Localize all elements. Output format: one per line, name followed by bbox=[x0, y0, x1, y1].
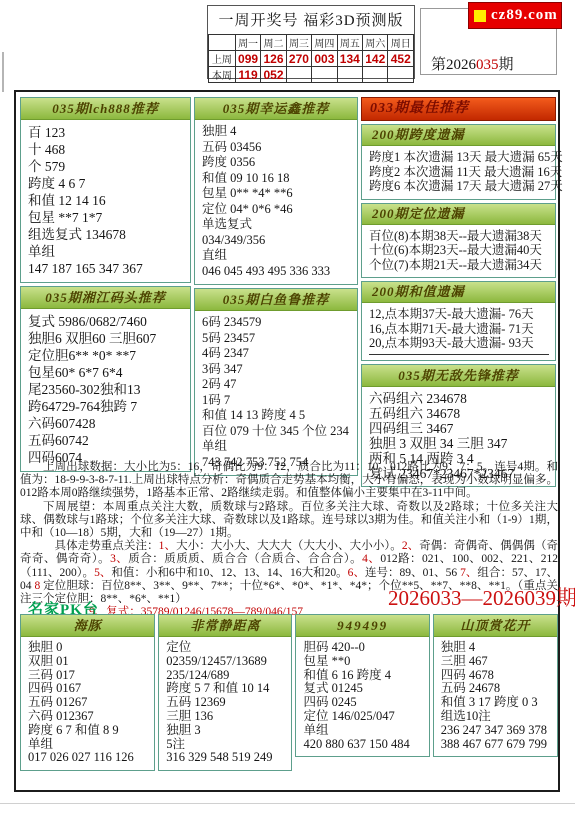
prediction-line: 独胆 4 bbox=[441, 641, 551, 655]
prediction-line: 跨度 4 6 7 bbox=[28, 175, 184, 192]
page-title: 一周开奖号 福彩3D预测版 bbox=[208, 6, 414, 30]
column-left: 035期lch888推荐 百 123十 468个 579跨度 4 6 7和值 1… bbox=[20, 97, 191, 472]
position-miss-body: 百位(8)本期38天--最大遗漏38天十位(6)本期23天--最大遗漏40天个位… bbox=[362, 225, 555, 278]
prediction-line: 独胆 3 双胆 34 三胆 347 bbox=[369, 436, 549, 451]
issue-suffix: 期 bbox=[499, 57, 514, 73]
box-body-xiangjiang: 复式 5986/0682/7460独胆6 双胆60 三胆607定位胆6** *0… bbox=[21, 309, 190, 471]
analysis-segment: 7、 bbox=[460, 567, 477, 579]
prediction-line: 6码 234579 bbox=[202, 315, 351, 331]
analysis-segment: 和值：小和6中和10、12、13、14、16大和20。 bbox=[111, 567, 347, 579]
draw-number-cell: 003 bbox=[312, 51, 337, 67]
prediction-line: 跨64729-764独跨 7 bbox=[28, 398, 184, 415]
draw-number-cell: 134 bbox=[337, 51, 362, 67]
prediction-line: 三胆 136 bbox=[166, 710, 285, 724]
draw-number-cell: 452 bbox=[388, 51, 414, 67]
prediction-line: 316 329 548 519 249 bbox=[166, 751, 285, 765]
logo-text: cz89.com bbox=[491, 7, 558, 24]
prediction-line: 5码 23457 bbox=[202, 331, 351, 347]
prediction-line: 5注 bbox=[166, 738, 285, 752]
analysis-paragraph-outlook: 下周展望：本周重点关注大数，质数球与2路球。百位多关注大球、奇数以及2路球；十位… bbox=[20, 501, 558, 541]
sum-miss-box: 200期和值遗漏 12,点本期37天-最大遗漏- 76天16,点本期71天-最大… bbox=[361, 281, 556, 361]
prediction-line: 定位 bbox=[166, 641, 285, 655]
analysis-segment: 2、 bbox=[402, 540, 419, 552]
draw-number-cell bbox=[312, 67, 337, 83]
weekday-header: 周二 bbox=[261, 35, 286, 51]
prediction-line: 六码 012367 bbox=[28, 710, 148, 724]
prediction-box-baiyu: 035期白鱼鲁推荐 6码 2345795码 234574码 23473码 347… bbox=[194, 288, 358, 476]
weekday-header: 周日 bbox=[388, 35, 414, 51]
prediction-line: 百 123 bbox=[28, 124, 184, 141]
prediction-line: 单组 bbox=[303, 724, 422, 738]
prediction-line: 包星60* 6*7 6*4 bbox=[28, 364, 184, 381]
this-week-label: 本周 bbox=[209, 67, 236, 83]
expert-title-949499: 949499 bbox=[296, 615, 428, 637]
expert-title-shanding: 山顶赏花开 bbox=[434, 615, 557, 637]
prediction-line: 包星 **7 1*7 bbox=[28, 209, 184, 226]
prediction-line: 五码 03456 bbox=[202, 140, 351, 156]
logo-yellow-square-icon bbox=[474, 10, 486, 22]
miss-stat-line: 16,点本期71天-最大遗漏- 71天 bbox=[369, 322, 549, 337]
prediction-line: 四码 4678 bbox=[441, 669, 551, 683]
prediction-line: 236 247 347 369 378 bbox=[441, 724, 551, 738]
week-header-row: 周一周二周三周四周五周六周日 bbox=[209, 35, 414, 51]
prediction-line: 百位 079 十位 345 个位 234 bbox=[202, 424, 351, 440]
prediction-line: 独胆 3 bbox=[166, 724, 285, 738]
prediction-box-xingyunxin: 035期幸运鑫推荐 独胆 4五码 03456跨度 0356和值 09 10 16… bbox=[194, 97, 358, 285]
last-week-row: 上周 099126270003134142452 bbox=[209, 51, 414, 67]
weekly-results-panel: 一周开奖号 福彩3D预测版 周一周二周三周四周五周六周日 上周 09912627… bbox=[207, 5, 415, 79]
analysis-segment: 1、 bbox=[159, 540, 176, 552]
weekly-results-table: 周一周二周三周四周五周六周日 上周 099126270003134142452 … bbox=[208, 34, 414, 83]
prediction-line: 单组 bbox=[202, 439, 351, 455]
span-miss-box: 200期跨度遗漏 跨度1 本次遗漏 13天 最大遗漏 65天跨度2 本次遗漏 1… bbox=[361, 124, 556, 200]
cz89-logo[interactable]: cz89.com bbox=[468, 2, 562, 29]
expert-box-shanding: 山顶赏花开 独胆 4三胆 467四码 4678五码 24678和值 3 17 跨… bbox=[433, 614, 558, 757]
box-body-baiyu: 6码 2345795码 234574码 23473码 3472码 471码 7和… bbox=[195, 311, 357, 475]
span-miss-title: 200期跨度遗漏 bbox=[362, 125, 555, 146]
draw-number-cell bbox=[363, 67, 388, 83]
prediction-line: 034/349/356 bbox=[202, 233, 351, 249]
box-title-wudi: 035期无敌先锋推荐 bbox=[362, 365, 555, 387]
prediction-line: 组选10注 bbox=[441, 710, 551, 724]
analysis-segment: 具体走势重点关注： bbox=[55, 540, 159, 552]
miss-stat-line: 12,点本期37天-最大遗漏- 76天 bbox=[369, 307, 549, 322]
prediction-line: 和值 14 13 跨度 4 5 bbox=[202, 408, 351, 424]
prediction-line: 和值 3 17 跨度 0 3 bbox=[441, 696, 551, 710]
prediction-line: 和值 12 14 16 bbox=[28, 192, 184, 209]
prediction-box-xiangjiang: 035期湘江码头推荐 复式 5986/0682/7460独胆6 双胆60 三胆6… bbox=[20, 286, 191, 472]
draw-number-cell: 270 bbox=[286, 51, 311, 67]
prediction-line: 包星 **0 bbox=[303, 655, 422, 669]
prediction-line: 四码 0167 bbox=[28, 682, 148, 696]
issue-range: 2026033—2026039期 bbox=[388, 582, 575, 612]
miss-stat-line: 个位(7)本期21天--最大遗漏34天 bbox=[369, 258, 549, 273]
draw-number-cell bbox=[388, 67, 414, 83]
expert-box-haitun: 海豚 独胆 0双胆 01三码 017四码 0167五码 01267六码 0123… bbox=[20, 614, 155, 771]
prediction-line: 包星 0** *4* **6 bbox=[202, 186, 351, 202]
prediction-line: 1码 7 bbox=[202, 393, 351, 409]
prediction-line: 五码组六 34678 bbox=[369, 406, 549, 421]
prediction-line: 046 045 493 495 336 333 bbox=[202, 264, 351, 280]
miss-stat-line: 百位(8)本期38天--最大遗漏38天 bbox=[369, 229, 549, 244]
sum-miss-body: 12,点本期37天-最大遗漏- 76天16,点本期71天-最大遗漏- 71天20… bbox=[362, 303, 555, 360]
span-miss-body: 跨度1 本次遗漏 13天 最大遗漏 65天跨度2 本次遗漏 11天 最大遗漏 1… bbox=[362, 146, 555, 199]
draw-number-cell bbox=[337, 67, 362, 83]
prediction-line: 四码 0245 bbox=[303, 696, 422, 710]
this-week-row: 本周 119052 bbox=[209, 67, 414, 83]
column-middle: 035期幸运鑫推荐 独胆 4五码 03456跨度 0356和值 09 10 16… bbox=[194, 97, 358, 476]
draw-number-cell: 119 bbox=[235, 67, 260, 83]
prediction-line: 02359/12457/13689 bbox=[166, 655, 285, 669]
analysis-segment: 3、 bbox=[110, 553, 128, 565]
column-right: 033期最佳推荐 200期跨度遗漏 跨度1 本次遗漏 13天 最大遗漏 65天跨… bbox=[361, 97, 556, 487]
prediction-line: 定位 04* 0*6 *46 bbox=[202, 202, 351, 218]
expert-title-haitun: 海豚 bbox=[21, 615, 154, 637]
draw-number-cell: 052 bbox=[261, 67, 286, 83]
corner-cell bbox=[209, 35, 236, 51]
box-title-baiyu: 035期白鱼鲁推荐 bbox=[195, 289, 357, 311]
expert-title-feichang: 非常静距离 bbox=[159, 615, 291, 637]
weekday-header: 周五 bbox=[337, 35, 362, 51]
weekday-header: 周四 bbox=[312, 35, 337, 51]
prediction-line: 3码 347 bbox=[202, 362, 351, 378]
miss-stat-line: 20,点本期93天-最大遗漏- 93天 bbox=[369, 336, 549, 351]
prediction-line: 三码 017 bbox=[28, 669, 148, 683]
prediction-line: 420 880 637 150 484 bbox=[303, 738, 422, 752]
prediction-line: 十 468 bbox=[28, 141, 184, 158]
prediction-line: 个 579 bbox=[28, 158, 184, 175]
prediction-line: 和值 09 10 16 18 bbox=[202, 171, 351, 187]
prediction-line: 单选复式 bbox=[202, 217, 351, 233]
prediction-line: 388 467 677 679 799 bbox=[441, 738, 551, 752]
draw-number-cell: 126 bbox=[261, 51, 286, 67]
prediction-line: 六码组六 234678 bbox=[369, 391, 549, 406]
box-title-xiangjiang: 035期湘江码头推荐 bbox=[21, 287, 190, 309]
prediction-line: 尾23560-302独和13 bbox=[28, 381, 184, 398]
box-body-xingyunxin: 独胆 4五码 03456跨度 0356和值 09 10 16 18包星 0** … bbox=[195, 120, 357, 284]
footer-divider bbox=[0, 803, 575, 804]
prediction-line: 4码 2347 bbox=[202, 346, 351, 362]
box-title-xingyunxin: 035期幸运鑫推荐 bbox=[195, 98, 357, 120]
prediction-line: 五码60742 bbox=[28, 432, 184, 449]
draw-number-cell bbox=[286, 67, 311, 83]
prediction-line: 跨度 0356 bbox=[202, 155, 351, 171]
issue-number: 第2026035期 bbox=[431, 53, 514, 74]
weekday-header: 周一 bbox=[235, 35, 260, 51]
prediction-line: 复式 5986/0682/7460 bbox=[28, 313, 184, 330]
analysis-segment: 5、 bbox=[94, 567, 111, 579]
analysis-segment: 连号：89、01、56 bbox=[365, 567, 460, 579]
expert-body-949499: 胆码 420--0包星 **0和值 6 16 跨度 4复式 01245四码 02… bbox=[296, 637, 428, 756]
prediction-line: 跨度 5 7 和值 10 14 bbox=[166, 682, 285, 696]
sum-miss-title: 200期和值遗漏 bbox=[362, 282, 555, 303]
lottery-prediction-page: 一周开奖号 福彩3D预测版 周一周二周三周四周五周六周日 上周 09912627… bbox=[0, 0, 575, 816]
analysis-segment: 质合：质质质、质合合（合质合、合合合）。 bbox=[128, 553, 362, 565]
prediction-line: 147 187 165 347 367 bbox=[28, 260, 184, 277]
weekday-header: 周三 bbox=[286, 35, 311, 51]
prediction-line: 组选复式 134678 bbox=[28, 226, 184, 243]
best-recommend-banner: 033期最佳推荐 bbox=[361, 97, 556, 121]
miss-stat-line: 跨度1 本次遗漏 13天 最大遗漏 65天 bbox=[369, 150, 549, 165]
prediction-line: 三胆 467 bbox=[441, 655, 551, 669]
issue-prefix: 第2026 bbox=[431, 57, 476, 73]
experts-pk-row: 海豚 独胆 0双胆 01三码 017四码 0167五码 01267六码 0123… bbox=[20, 614, 558, 771]
prediction-line: 五码 01267 bbox=[28, 696, 148, 710]
analysis-segment: 6、 bbox=[348, 567, 365, 579]
draw-number-cell: 099 bbox=[235, 51, 260, 67]
prediction-line: 六码607428 bbox=[28, 415, 184, 432]
analysis-segment: 4、 bbox=[362, 553, 380, 565]
prediction-line: 五码 12369 bbox=[166, 696, 285, 710]
box-body-lch888: 百 123十 468个 579跨度 4 6 7和值 12 14 16包星 **7… bbox=[21, 120, 190, 282]
expert-body-shanding: 独胆 4三胆 467四码 4678五码 24678和值 3 17 跨度 0 3组… bbox=[434, 637, 557, 756]
draw-number-cell: 142 bbox=[363, 51, 388, 67]
prediction-line: 双胆 01 bbox=[28, 655, 148, 669]
weekday-header: 周六 bbox=[363, 35, 388, 51]
prediction-line: 定位 146/025/047 bbox=[303, 710, 422, 724]
prediction-line: 跨度 6 7 和值 8 9 bbox=[28, 724, 148, 738]
prediction-line: 定位胆6** *0* **7 bbox=[28, 347, 184, 364]
position-miss-title: 200期定位遗漏 bbox=[362, 204, 555, 225]
box-title-lch888: 035期lch888推荐 bbox=[21, 98, 190, 120]
left-edge-line bbox=[2, 52, 4, 92]
analysis-paragraph-lastweek: 上周出球数据：大小比为5：16，奇偶比为9：12，质合比为11：10。012路比… bbox=[20, 461, 558, 501]
prediction-line: 独胆6 双胆60 三胆607 bbox=[28, 330, 184, 347]
prediction-line: 单组 bbox=[28, 243, 184, 260]
prediction-line: 胆码 420--0 bbox=[303, 641, 422, 655]
prediction-line: 复式 01245 bbox=[303, 682, 422, 696]
prediction-line: 四码组三 3467 bbox=[369, 421, 549, 436]
last-week-label: 上周 bbox=[209, 51, 236, 67]
expert-box-feichang: 非常静距离 定位02359/12457/13689235/124/689跨度 5… bbox=[158, 614, 292, 771]
prediction-line: 独胆 4 bbox=[202, 124, 351, 140]
miss-stat-line: 十位(6)本期23天--最大遗漏40天 bbox=[369, 243, 549, 258]
expert-box-949499: 949499 胆码 420--0包星 **0和值 6 16 跨度 4复式 012… bbox=[295, 614, 429, 757]
prediction-box-lch888: 035期lch888推荐 百 123十 468个 579跨度 4 6 7和值 1… bbox=[20, 97, 191, 283]
prediction-line: 直组 bbox=[202, 248, 351, 264]
issue-red-part: 035 bbox=[476, 57, 499, 73]
prediction-line: 单组 bbox=[28, 738, 148, 752]
prediction-line: 017 026 027 116 126 bbox=[28, 751, 148, 765]
prediction-line: 独胆 0 bbox=[28, 641, 148, 655]
analysis-segment: 大小：大小大、大大大（大大小、大小小）。 bbox=[176, 540, 402, 552]
miss-stat-line: 跨度6 本次遗漏 17天 最大遗漏 27天 bbox=[369, 179, 549, 194]
prediction-line: 2码 47 bbox=[202, 377, 351, 393]
expert-body-haitun: 独胆 0双胆 01三码 017四码 0167五码 01267六码 012367跨… bbox=[21, 637, 154, 770]
position-miss-box: 200期定位遗漏 百位(8)本期38天--最大遗漏38天十位(6)本期23天--… bbox=[361, 203, 556, 279]
expert-body-feichang: 定位02359/12457/13689235/124/689跨度 5 7 和值 … bbox=[159, 637, 291, 770]
miss-stat-line: 跨度2 本次遗漏 11天 最大遗漏 16天 bbox=[369, 165, 549, 180]
